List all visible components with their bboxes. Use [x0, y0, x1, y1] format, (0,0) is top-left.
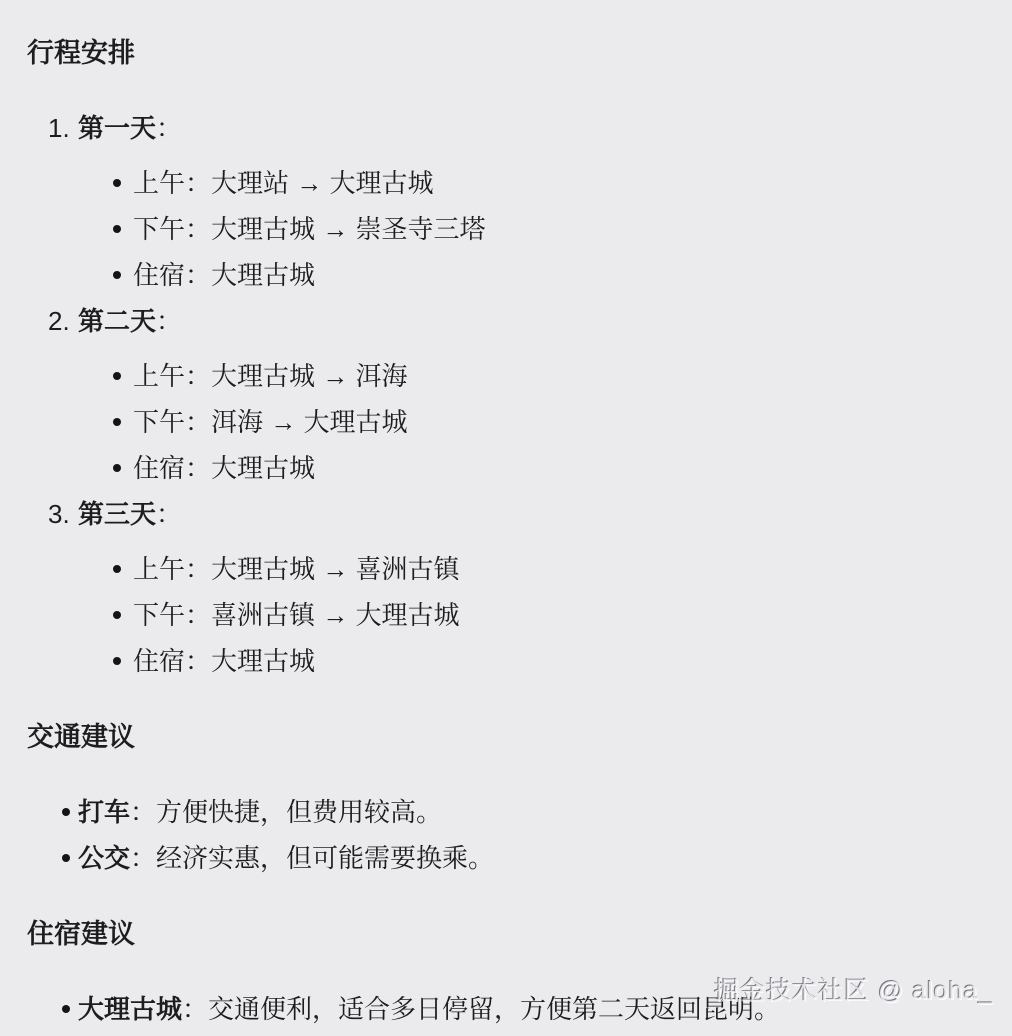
schedule-item: 住宿：大理古城: [27, 648, 985, 674]
day-1-title: 第一天: [78, 113, 156, 143]
day-2-title: 第二天: [78, 306, 156, 336]
lodging-item-text: ：交通便利，适合多日停留，方便第二天返回昆明。: [182, 994, 780, 1024]
schedule-item: 上午：大理古城 → 喜洲古镇: [27, 556, 985, 582]
schedule-item: 上午：大理古城 → 洱海: [27, 363, 985, 389]
transport-item-label: 打车: [78, 797, 130, 827]
schedule-item: 下午：洱海 → 大理古城: [27, 409, 985, 435]
document: 行程安排 1.第一天： 上午：大理站 → 大理古城 下午：大理古城 → 崇圣寺三…: [0, 0, 1012, 1022]
day-3-number: 3.: [48, 501, 78, 527]
lodging-list: 大理古城：交通便利，适合多日停留，方便第二天返回昆明。: [27, 996, 985, 1022]
transport-item-label: 公交: [78, 843, 130, 873]
section-heading-lodging: 住宿建议: [27, 921, 985, 947]
schedule-item: 上午：大理站 → 大理古城: [27, 170, 985, 196]
section-heading-itinerary: 行程安排: [27, 40, 985, 66]
day-3-title: 第三天: [78, 499, 156, 529]
transport-item-bus: 公交：经济实惠，但可能需要换乘。: [27, 845, 985, 871]
lodging-item-dali-old-town: 大理古城：交通便利，适合多日停留，方便第二天返回昆明。: [27, 996, 985, 1022]
section-heading-transport: 交通建议: [27, 724, 985, 750]
day-2-title-line: 2.第二天：: [27, 308, 985, 334]
day-3-colon: ：: [156, 499, 182, 529]
day-3-schedule: 上午：大理古城 → 喜洲古镇 下午：喜洲古镇 → 大理古城 住宿：大理古城: [27, 556, 985, 674]
day-2-colon: ：: [156, 306, 182, 336]
day-2-number: 2.: [48, 308, 78, 334]
schedule-item: 住宿：大理古城: [27, 455, 985, 481]
day-1-title-line: 1.第一天：: [27, 115, 985, 141]
day-1-number: 1.: [48, 115, 78, 141]
schedule-item: 住宿：大理古城: [27, 262, 985, 288]
lodging-item-label: 大理古城: [78, 994, 182, 1024]
itinerary-list: 1.第一天： 上午：大理站 → 大理古城 下午：大理古城 → 崇圣寺三塔 住宿：…: [27, 115, 985, 674]
schedule-item: 下午：喜洲古镇 → 大理古城: [27, 602, 985, 628]
day-2-schedule: 上午：大理古城 → 洱海 下午：洱海 → 大理古城 住宿：大理古城: [27, 363, 985, 481]
day-1-schedule: 上午：大理站 → 大理古城 下午：大理古城 → 崇圣寺三塔 住宿：大理古城: [27, 170, 985, 288]
transport-list: 打车：方便快捷，但费用较高。 公交：经济实惠，但可能需要换乘。: [27, 799, 985, 871]
itinerary-day-2: 2.第二天： 上午：大理古城 → 洱海 下午：洱海 → 大理古城 住宿：大理古城: [27, 308, 985, 481]
transport-item-text: ：方便快捷，但费用较高。: [130, 797, 442, 827]
itinerary-day-1: 1.第一天： 上午：大理站 → 大理古城 下午：大理古城 → 崇圣寺三塔 住宿：…: [27, 115, 985, 288]
transport-item-text: ：经济实惠，但可能需要换乘。: [130, 843, 494, 873]
transport-item-taxi: 打车：方便快捷，但费用较高。: [27, 799, 985, 825]
day-3-title-line: 3.第三天：: [27, 501, 985, 527]
itinerary-day-3: 3.第三天： 上午：大理古城 → 喜洲古镇 下午：喜洲古镇 → 大理古城 住宿：…: [27, 501, 985, 674]
day-1-colon: ：: [156, 113, 182, 143]
schedule-item: 下午：大理古城 → 崇圣寺三塔: [27, 216, 985, 242]
